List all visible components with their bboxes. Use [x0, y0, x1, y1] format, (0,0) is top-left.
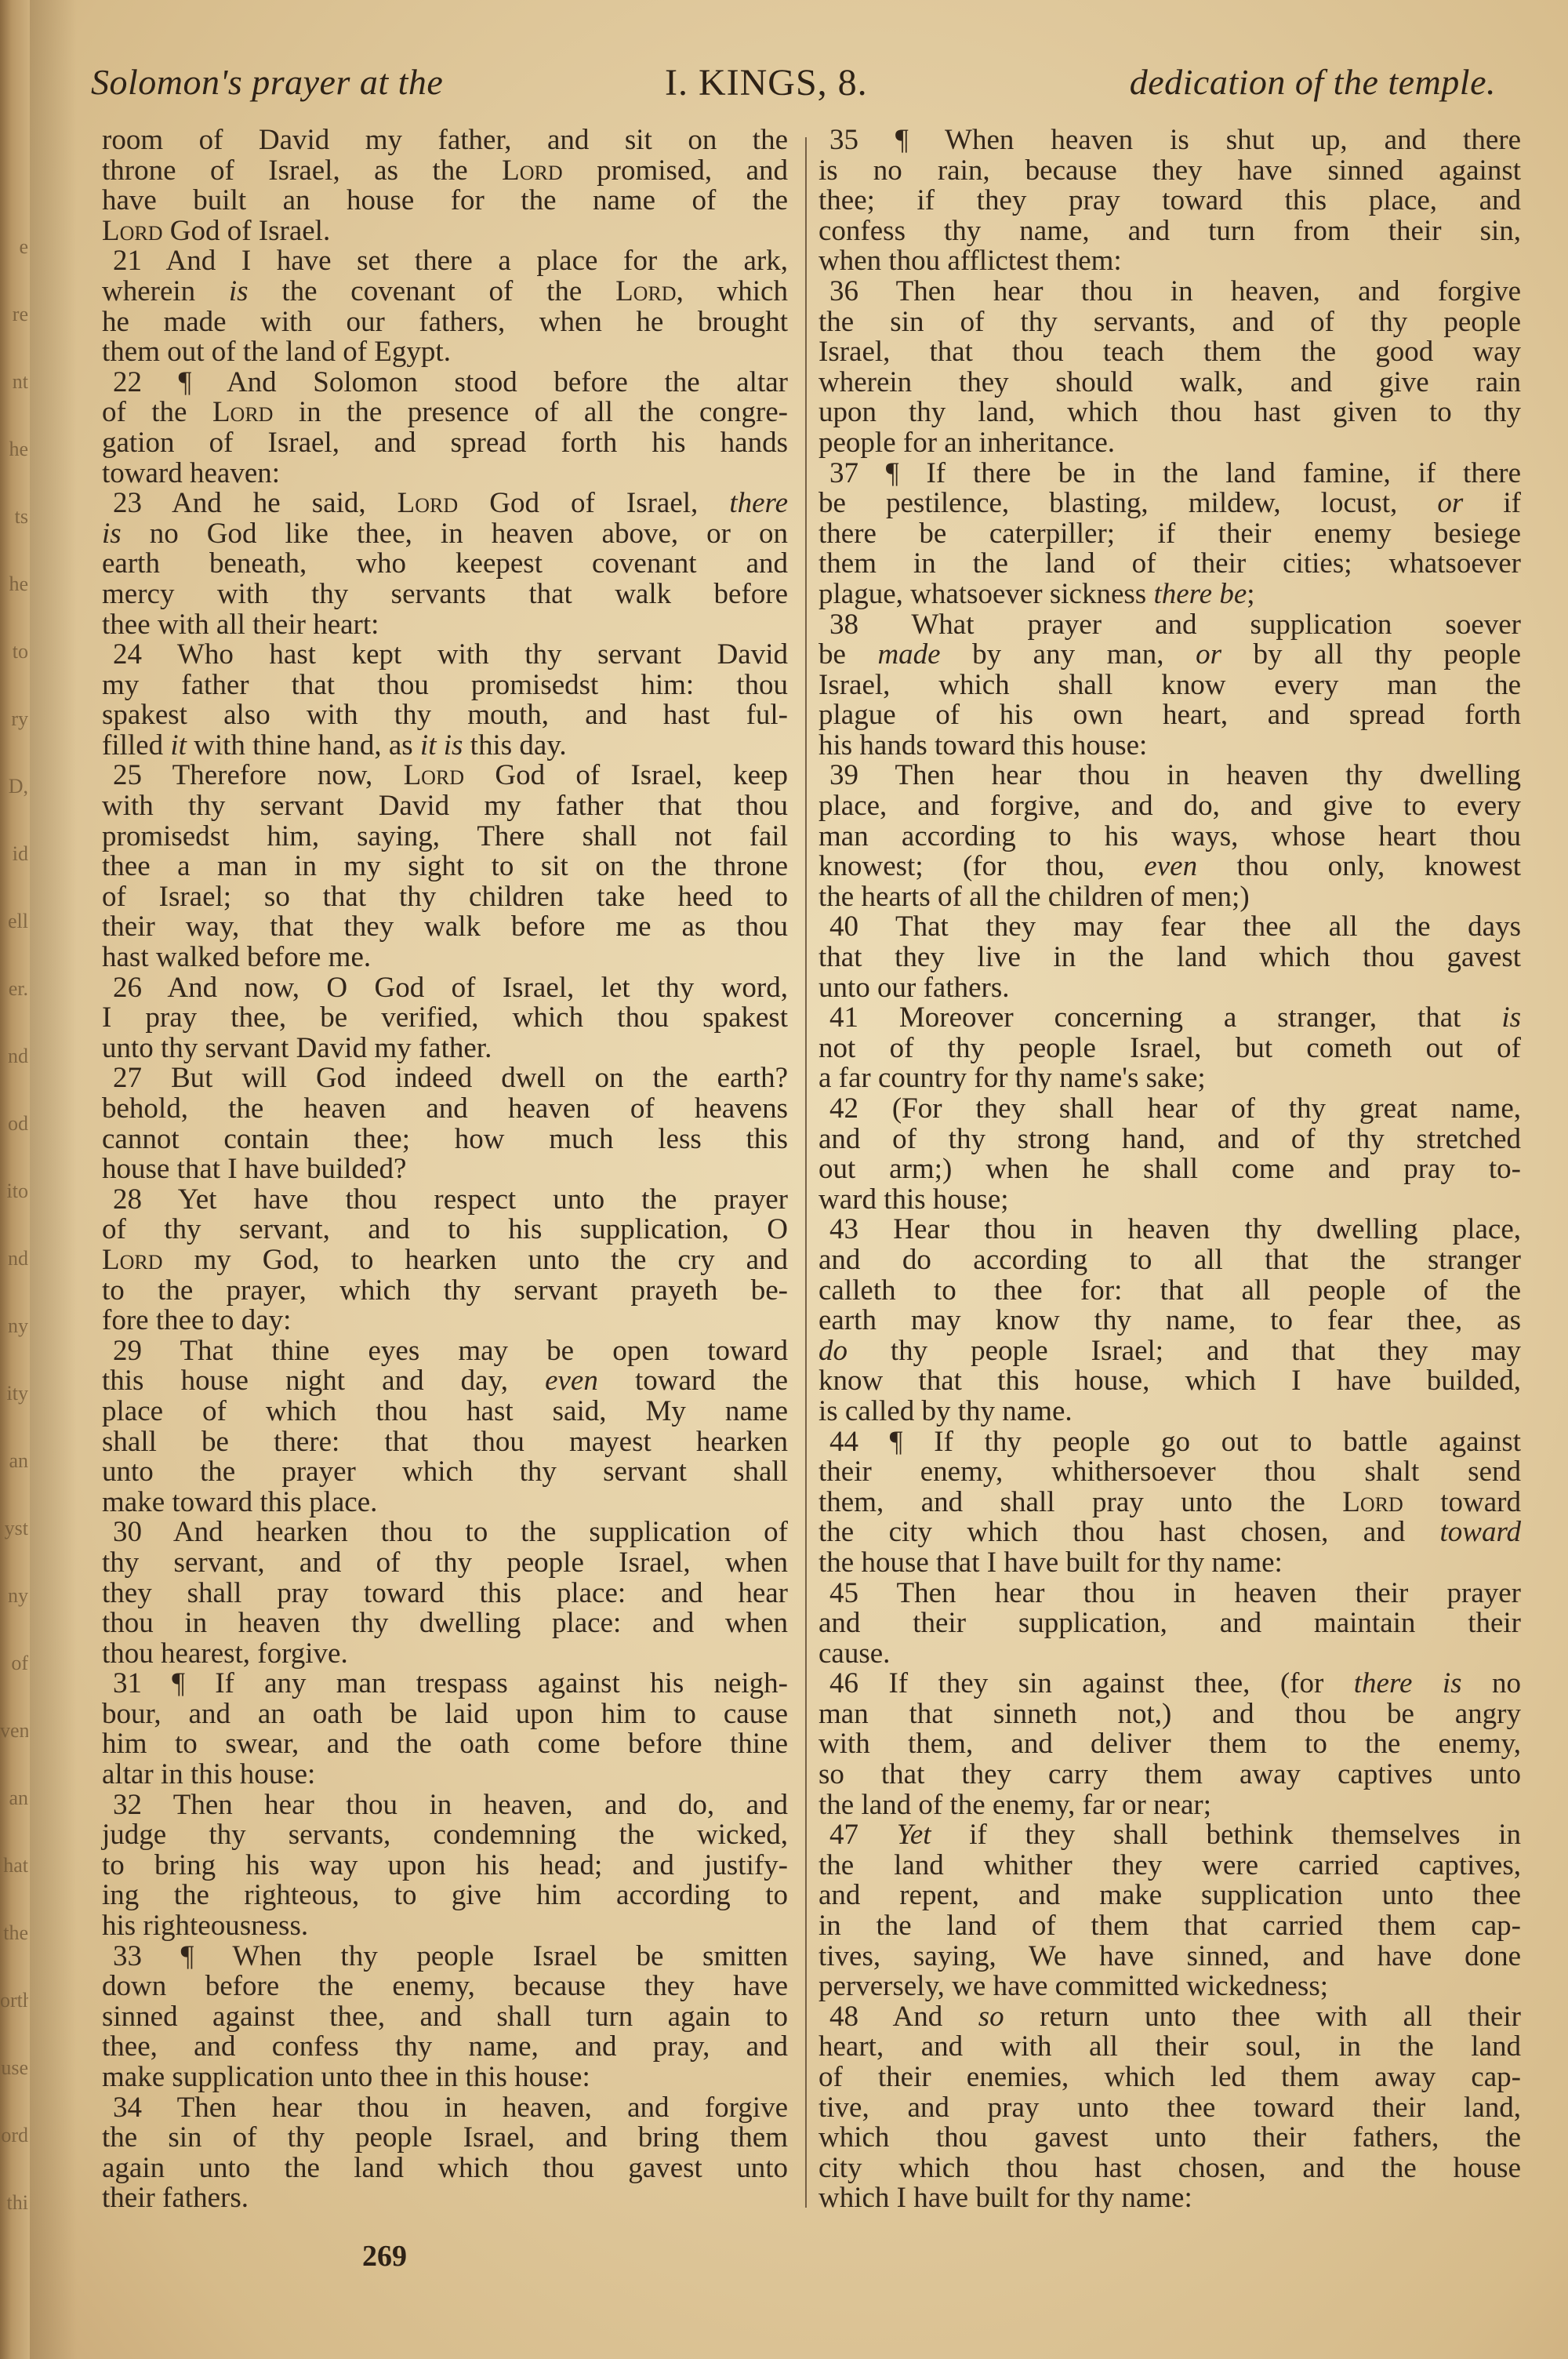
facing-page-fragment: id — [0, 842, 28, 866]
text-line: of their enemies, which led them away ca… — [818, 2063, 1521, 2093]
italic-supplied-word: there is — [1354, 1667, 1462, 1699]
italic-supplied-word: or — [1437, 487, 1463, 519]
facing-page-fragment: of — [0, 1652, 28, 1675]
facing-page-fragment: an — [0, 1787, 28, 1810]
text-line: they shall pray toward this place: and h… — [102, 1579, 788, 1609]
text-line: him to swear, and the oath come before t… — [102, 1729, 788, 1760]
facing-page-fragment: hat — [0, 1854, 28, 1877]
verse-start-line: 24 Who hast kept with thy servant David — [102, 640, 788, 671]
gutter-shadow — [30, 0, 77, 2359]
verse-start-line: 29 That thine eyes may be open toward — [102, 1336, 788, 1367]
text-line: the land whither they were carried capti… — [818, 1851, 1521, 1881]
facing-page-fragment: to — [0, 640, 28, 663]
text-line: thou hearest, forgive. — [102, 1639, 788, 1670]
text-line: calleth to thee for: that all people of … — [818, 1276, 1521, 1307]
text-line: plague of his own heart, and spread fort… — [818, 700, 1521, 731]
text-line: is called by thy name. — [818, 1397, 1521, 1427]
text-line: thou in heaven thy dwelling place: and w… — [102, 1608, 788, 1639]
text-line: Lord God of Israel. — [102, 216, 788, 247]
text-line: filled it with thine hand, as it is this… — [102, 731, 788, 761]
text-line: thy servant, and of thy people Israel, w… — [102, 1548, 788, 1579]
text-line: with thy servant David my father that th… — [102, 791, 788, 822]
divine-name-smallcaps: Lord — [102, 1244, 163, 1276]
italic-supplied-word: there — [729, 487, 788, 519]
text-line: the sin of thy servants, and of thy peop… — [818, 307, 1521, 338]
text-line: thee, and confess thy name, and pray, an… — [102, 2032, 788, 2063]
italic-supplied-word: Yet — [897, 1819, 931, 1851]
facing-page-fragment: ito — [0, 1179, 28, 1203]
verse-start-line: 26 And now, O God of Israel, let thy wor… — [102, 973, 788, 1004]
text-line: be pestilence, blasting, mildew, locust,… — [818, 489, 1521, 519]
italic-supplied-word: there be — [1153, 578, 1247, 610]
text-line: with them, and deliver them to the enemy… — [818, 1729, 1521, 1760]
facing-page-fragment: ny — [0, 1314, 28, 1338]
text-line: earth beneath, who keepest covenant and — [102, 549, 788, 580]
text-line: man that sinneth not,) and thou be angry — [818, 1699, 1521, 1730]
text-line: unto our fathers. — [818, 973, 1521, 1004]
divine-name-smallcaps: Lord — [102, 215, 163, 247]
text-line: toward heaven: — [102, 459, 788, 489]
italic-supplied-word: is — [102, 518, 122, 550]
text-line: shall be there: that thou mayest hearken — [102, 1427, 788, 1458]
text-line: is no rain, because they have sinned aga… — [818, 156, 1521, 187]
facing-page-fragment: e — [0, 235, 28, 259]
text-line: the land of the enemy, far or near; — [818, 1790, 1521, 1821]
text-line: I pray thee, be verified, which thou spa… — [102, 1003, 788, 1034]
column-divider — [805, 137, 807, 2208]
facing-page-fragment: ts — [0, 505, 28, 529]
text-line: not of thy people Israel, but cometh out… — [818, 1034, 1521, 1064]
text-line: and do according to all that the strange… — [818, 1245, 1521, 1276]
italic-supplied-word: made — [877, 638, 940, 671]
verse-start-line: 37 ¶ If there be in the land famine, if … — [818, 459, 1521, 489]
facing-page-fragment: use — [0, 2056, 28, 2080]
text-line: and their supplication, and maintain the… — [818, 1608, 1521, 1639]
text-line: perversely, we have committed wickedness… — [818, 1972, 1521, 2002]
italic-supplied-word: is — [1501, 1001, 1521, 1034]
text-line: his hands toward this house: — [818, 731, 1521, 761]
verse-start-line: 34 Then hear thou in heaven, and forgive — [102, 2093, 788, 2124]
verse-start-line: 45 Then hear thou in heaven their prayer — [818, 1579, 1521, 1609]
text-line: judge thy servants, condemning the wicke… — [102, 1820, 788, 1851]
facing-page-fragment: re — [0, 303, 28, 326]
verse-start-line: 48 And so return unto thee with all thei… — [818, 2002, 1521, 2033]
text-line: is no God like thee, in heaven above, or… — [102, 519, 788, 550]
text-line: them, and shall pray unto the Lord towar… — [818, 1488, 1521, 1518]
book-page: erenthetshetoryD,ideller.ndoditondnyitya… — [0, 0, 1568, 2359]
verse-start-line: 22 ¶ And Solomon stood before the altar — [102, 368, 788, 398]
text-line: earth may know thy name, to fear thee, a… — [818, 1306, 1521, 1336]
facing-page-fragment: ord — [0, 2124, 28, 2147]
text-line: throne of Israel, as the Lord promised, … — [102, 156, 788, 187]
text-line: promisedst him, saying, There shall not … — [102, 822, 788, 852]
italic-supplied-word: even — [545, 1365, 598, 1397]
facing-page-fragment: thi — [0, 2191, 28, 2215]
verse-start-line: 47 Yet if they shall bethink themselves … — [818, 1820, 1521, 1851]
italic-supplied-word: even — [1144, 850, 1197, 882]
facing-page-fragment: od — [0, 1112, 28, 1136]
text-line: do thy people Israel; and that they may — [818, 1336, 1521, 1367]
text-line: the city which thou hast chosen, and tow… — [818, 1518, 1521, 1548]
text-line: unto the prayer which thy servant shall — [102, 1457, 788, 1488]
text-line: cause. — [818, 1639, 1521, 1670]
text-line: them in the land of their cities; whatso… — [818, 549, 1521, 580]
text-line: out arm;) when he shall come and pray to… — [818, 1154, 1521, 1185]
text-line: a far country for thy name's sake; — [818, 1063, 1521, 1094]
divine-name-smallcaps: Lord — [212, 396, 274, 428]
verse-start-line: 33 ¶ When thy people Israel be smitten — [102, 1942, 788, 1972]
text-line: upon thy land, which thou hast given to … — [818, 398, 1521, 428]
text-line: behold, the heaven and heaven of heavens — [102, 1094, 788, 1125]
text-line: so that they carry them away captives un… — [818, 1760, 1521, 1790]
divine-name-smallcaps: Lord — [404, 759, 465, 791]
text-line: which thou gavest unto their fathers, th… — [818, 2123, 1521, 2154]
text-line: thee a man in my sight to sit on the thr… — [102, 852, 788, 882]
facing-page-fragment: D, — [0, 775, 28, 798]
divine-name-smallcaps: Lord — [502, 154, 563, 187]
facing-page-fragment: yst — [0, 1517, 28, 1540]
text-line: unto thy servant David my father. — [102, 1034, 788, 1064]
text-line: in the land of them that carried them ca… — [818, 1911, 1521, 1942]
facing-page-fragment: ell — [0, 910, 28, 933]
text-line: of thy servant, and to his supplication,… — [102, 1215, 788, 1245]
text-line: tives, saying, We have sinned, and have … — [818, 1942, 1521, 1972]
divine-name-smallcaps: Lord — [615, 275, 677, 307]
text-line: altar in this house: — [102, 1760, 788, 1790]
text-line: hast walked before me. — [102, 943, 788, 973]
italic-supplied-word: do — [818, 1335, 848, 1367]
text-line: them out of the land of Egypt. — [102, 337, 788, 368]
text-line: of the Lord in the presence of all the c… — [102, 398, 788, 428]
text-line: the sin of thy people Israel, and bring … — [102, 2123, 788, 2154]
text-line: sinned against thee, and shall turn agai… — [102, 2002, 788, 2033]
text-line: make toward this place. — [102, 1488, 788, 1518]
text-line: people for an inheritance. — [818, 428, 1521, 459]
facing-page-fragment: orth — [0, 1989, 28, 2012]
text-line: place of which thou hast said, My name — [102, 1397, 788, 1427]
facing-page-fragment: ry — [0, 707, 28, 731]
text-line: fore thee to day: — [102, 1306, 788, 1336]
text-line: Lord my God, to hearken unto the cry and — [102, 1245, 788, 1276]
text-line: to the prayer, which thy servant prayeth… — [102, 1276, 788, 1307]
divine-name-smallcaps: Lord — [1342, 1486, 1403, 1518]
text-line: their way, that they walk before me as t… — [102, 912, 788, 943]
facing-page-fragment: ny — [0, 1584, 28, 1608]
header-left-title: Solomon's prayer at the — [91, 61, 443, 103]
verse-start-line: 21 And I have set there a place for the … — [102, 246, 788, 277]
verse-start-line: 44 ¶ If thy people go out to battle agai… — [818, 1427, 1521, 1458]
text-line: man according to his ways, whose heart t… — [818, 822, 1521, 852]
text-line: cannot contain thee; how much less this — [102, 1125, 788, 1155]
verse-start-line: 27 But will God indeed dwell on the eart… — [102, 1063, 788, 1094]
text-line: there be caterpiller; if their enemy bes… — [818, 519, 1521, 550]
verse-start-line: 46 If they sin against thee, (for there … — [818, 1669, 1521, 1699]
italic-supplied-word: it is — [420, 729, 463, 761]
italic-supplied-word: toward — [1440, 1516, 1521, 1548]
verse-start-line: 35 ¶ When heaven is shut up, and there — [818, 125, 1521, 156]
text-line: wherein they should walk, and give rain — [818, 368, 1521, 398]
text-line: my father that thou promisedst him: thou — [102, 671, 788, 701]
book-spine-edge: erenthetshetoryD,ideller.ndoditondnyitya… — [0, 0, 30, 2359]
text-line: of Israel; so that thy children take hee… — [102, 882, 788, 913]
text-line: the house that I have built for thy name… — [818, 1548, 1521, 1579]
divine-name-smallcaps: Lord — [397, 487, 459, 519]
text-line: again unto the land which thou gavest un… — [102, 2154, 788, 2184]
text-line: have built an house for the name of the — [102, 186, 788, 216]
header-book-chapter: I. KINGS, 8. — [665, 61, 868, 104]
verse-start-line: 28 Yet have thou respect unto the prayer — [102, 1185, 788, 1216]
text-line: their enemy, whithersoever thou shalt se… — [818, 1457, 1521, 1488]
text-line: spakest also with thy mouth, and hast fu… — [102, 700, 788, 731]
facing-page-fragment: ven, — [0, 1719, 28, 1743]
verse-start-line: 25 Therefore now, Lord God of Israel, ke… — [102, 761, 788, 791]
text-line: to bring his way upon his head; and just… — [102, 1851, 788, 1881]
left-text-column: room of David my father, and sit on thet… — [102, 125, 788, 2214]
text-line: and repent, and make supplication unto t… — [818, 1881, 1521, 1911]
verse-start-line: 40 That they may fear thee all the days — [818, 912, 1521, 943]
text-line: and of thy strong hand, and of thy stret… — [818, 1125, 1521, 1155]
text-line: when thou afflictest them: — [818, 246, 1521, 277]
verse-start-line: 42 (For they shall hear of thy great nam… — [818, 1094, 1521, 1125]
text-line: thee with all their heart: — [102, 610, 788, 641]
facing-page-fragment: nt — [0, 370, 28, 394]
text-line: that they live in the land which thou ga… — [818, 943, 1521, 973]
verse-start-line: 43 Hear thou in heaven thy dwelling plac… — [818, 1215, 1521, 1245]
text-line: bour, and an oath be laid upon him to ca… — [102, 1699, 788, 1730]
text-line: which I have built for thy name: — [818, 2183, 1521, 2214]
text-line: ward this house; — [818, 1185, 1521, 1216]
text-line: gation of Israel, and spread forth his h… — [102, 428, 788, 459]
text-line: mercy with thy servants that walk before — [102, 580, 788, 610]
text-line: city which thou hast chosen, and the hou… — [818, 2154, 1521, 2184]
text-line: place, and forgive, and do, and give to … — [818, 791, 1521, 822]
text-line: make supplication unto thee in this hous… — [102, 2063, 788, 2093]
running-header: Solomon's prayer at the I. KINGS, 8. ded… — [0, 61, 1568, 108]
italic-supplied-word: it — [170, 729, 187, 761]
text-line: wherein is the covenant of the Lord, whi… — [102, 277, 788, 307]
facing-page-fragment: ity — [0, 1382, 28, 1405]
facing-page-fragment: the — [0, 1921, 28, 1945]
text-line: know that this house, which I have build… — [818, 1366, 1521, 1397]
text-line: ing the righteous, to give him according… — [102, 1881, 788, 1911]
verse-start-line: 32 Then hear thou in heaven, and do, and — [102, 1790, 788, 1821]
text-line: plague, whatsoever sickness there be; — [818, 580, 1521, 610]
text-line: down before the enemy, because they have — [102, 1972, 788, 2002]
text-line: Israel, which shall know every man the — [818, 671, 1521, 701]
text-line: he made with our fathers, when he brough… — [102, 307, 788, 338]
facing-page-fragment: an — [0, 1449, 28, 1473]
text-line: heart, and with all their soul, in the l… — [818, 2032, 1521, 2063]
verse-start-line: 31 ¶ If any man trespass against his nei… — [102, 1669, 788, 1699]
text-line: his righteousness. — [102, 1911, 788, 1942]
right-text-column: 35 ¶ When heaven is shut up, and thereis… — [818, 125, 1521, 2214]
verse-start-line: 38 What prayer and supplication soever — [818, 610, 1521, 641]
italic-supplied-word: is — [229, 275, 249, 307]
verse-start-line: 39 Then hear thou in heaven thy dwelling — [818, 761, 1521, 791]
facing-page-fragment: nd — [0, 1045, 28, 1068]
header-right-title: dedication of the temple. — [1130, 61, 1496, 103]
text-line: their fathers. — [102, 2183, 788, 2214]
text-line: Israel, that thou teach them the good wa… — [818, 337, 1521, 368]
text-line: knowest; (for thou, even thou only, know… — [818, 852, 1521, 882]
italic-supplied-word: so — [978, 2001, 1004, 2033]
text-line: confess thy name, and turn from their si… — [818, 216, 1521, 247]
verse-start-line: 30 And hearken thou to the supplication … — [102, 1518, 788, 1548]
page-number: 269 — [362, 2239, 407, 2274]
facing-page-fragment: he — [0, 438, 28, 461]
text-line: house that I have builded? — [102, 1154, 788, 1185]
text-line: thee; if they pray toward this place, an… — [818, 186, 1521, 216]
facing-page-fragment: nd — [0, 1247, 28, 1270]
facing-page-fragment: he — [0, 572, 28, 596]
verse-start-line: 23 And he said, Lord God of Israel, ther… — [102, 489, 788, 519]
text-line: the hearts of all the children of men;) — [818, 882, 1521, 913]
text-line: room of David my father, and sit on the — [102, 125, 788, 156]
text-line: tive, and pray unto thee toward their la… — [818, 2093, 1521, 2124]
text-line: be made by any man, or by all thy people — [818, 640, 1521, 671]
facing-page-fragment: er. — [0, 977, 28, 1001]
italic-supplied-word: or — [1196, 638, 1221, 671]
verse-start-line: 36 Then hear thou in heaven, and forgive — [818, 277, 1521, 307]
text-line: this house night and day, even toward th… — [102, 1366, 788, 1397]
verse-start-line: 41 Moreover concerning a stranger, that … — [818, 1003, 1521, 1034]
